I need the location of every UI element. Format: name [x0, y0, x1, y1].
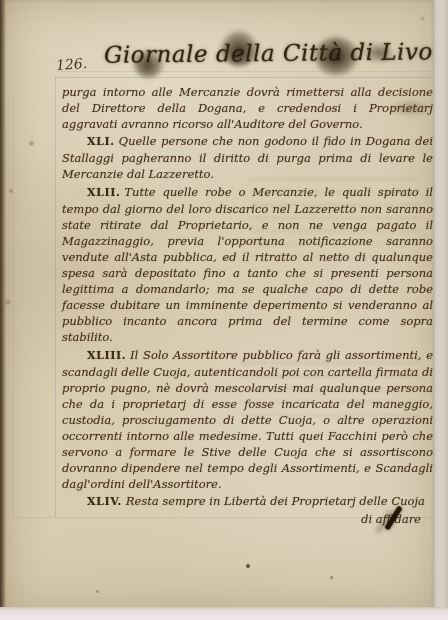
scanbed-strip: [0, 607, 448, 620]
ink-smudge: [388, 100, 432, 116]
foxing-spot: [246, 564, 250, 568]
header-rule-lower: [55, 77, 432, 78]
paragraph-xliv: XLIV.Resta sempre in Libertà dei Proprie…: [62, 493, 433, 510]
text-block: purga intorno alle Mercanzie dovrà rimet…: [62, 84, 433, 527]
document-page: 126. Giornale della Città di Livorno pur…: [0, 0, 434, 612]
section-number: XLIII.: [87, 349, 130, 362]
catchword: di affidare: [62, 511, 433, 527]
page-edge-right: [433, 0, 448, 607]
paragraph-continuation: purga intorno alle Mercanzie dovrà rimet…: [62, 84, 433, 132]
paragraph-text: purga intorno alle Mercanzie dovrà rimet…: [62, 85, 433, 131]
bleed-through-patch: [250, 168, 420, 258]
margin-rule-inner-vertical: [55, 77, 56, 517]
section-number: XLIV.: [87, 495, 126, 508]
manuscript-scan: 126. Giornale della Città di Livorno pur…: [0, 0, 448, 620]
foxing-spot: [28, 140, 35, 147]
folio-number: 126.: [55, 56, 87, 74]
bleed-through-patch: [240, 352, 420, 422]
ink-blot: [134, 50, 164, 78]
foxing-spot: [420, 16, 425, 21]
foxing-spot: [96, 590, 99, 593]
ink-blot: [364, 42, 394, 64]
foxing-spot: [330, 576, 333, 579]
binding-edge: [0, 0, 6, 612]
section-number: XLI.: [87, 135, 119, 148]
ink-blot: [314, 36, 358, 76]
ink-blot: [220, 30, 258, 66]
margin-rule-outer-vertical: [13, 92, 14, 517]
section-number: XLII.: [87, 186, 124, 199]
foxing-spot: [8, 188, 14, 194]
paragraph-text: Resta sempre in Libertà dei Proprietarj …: [126, 494, 425, 508]
